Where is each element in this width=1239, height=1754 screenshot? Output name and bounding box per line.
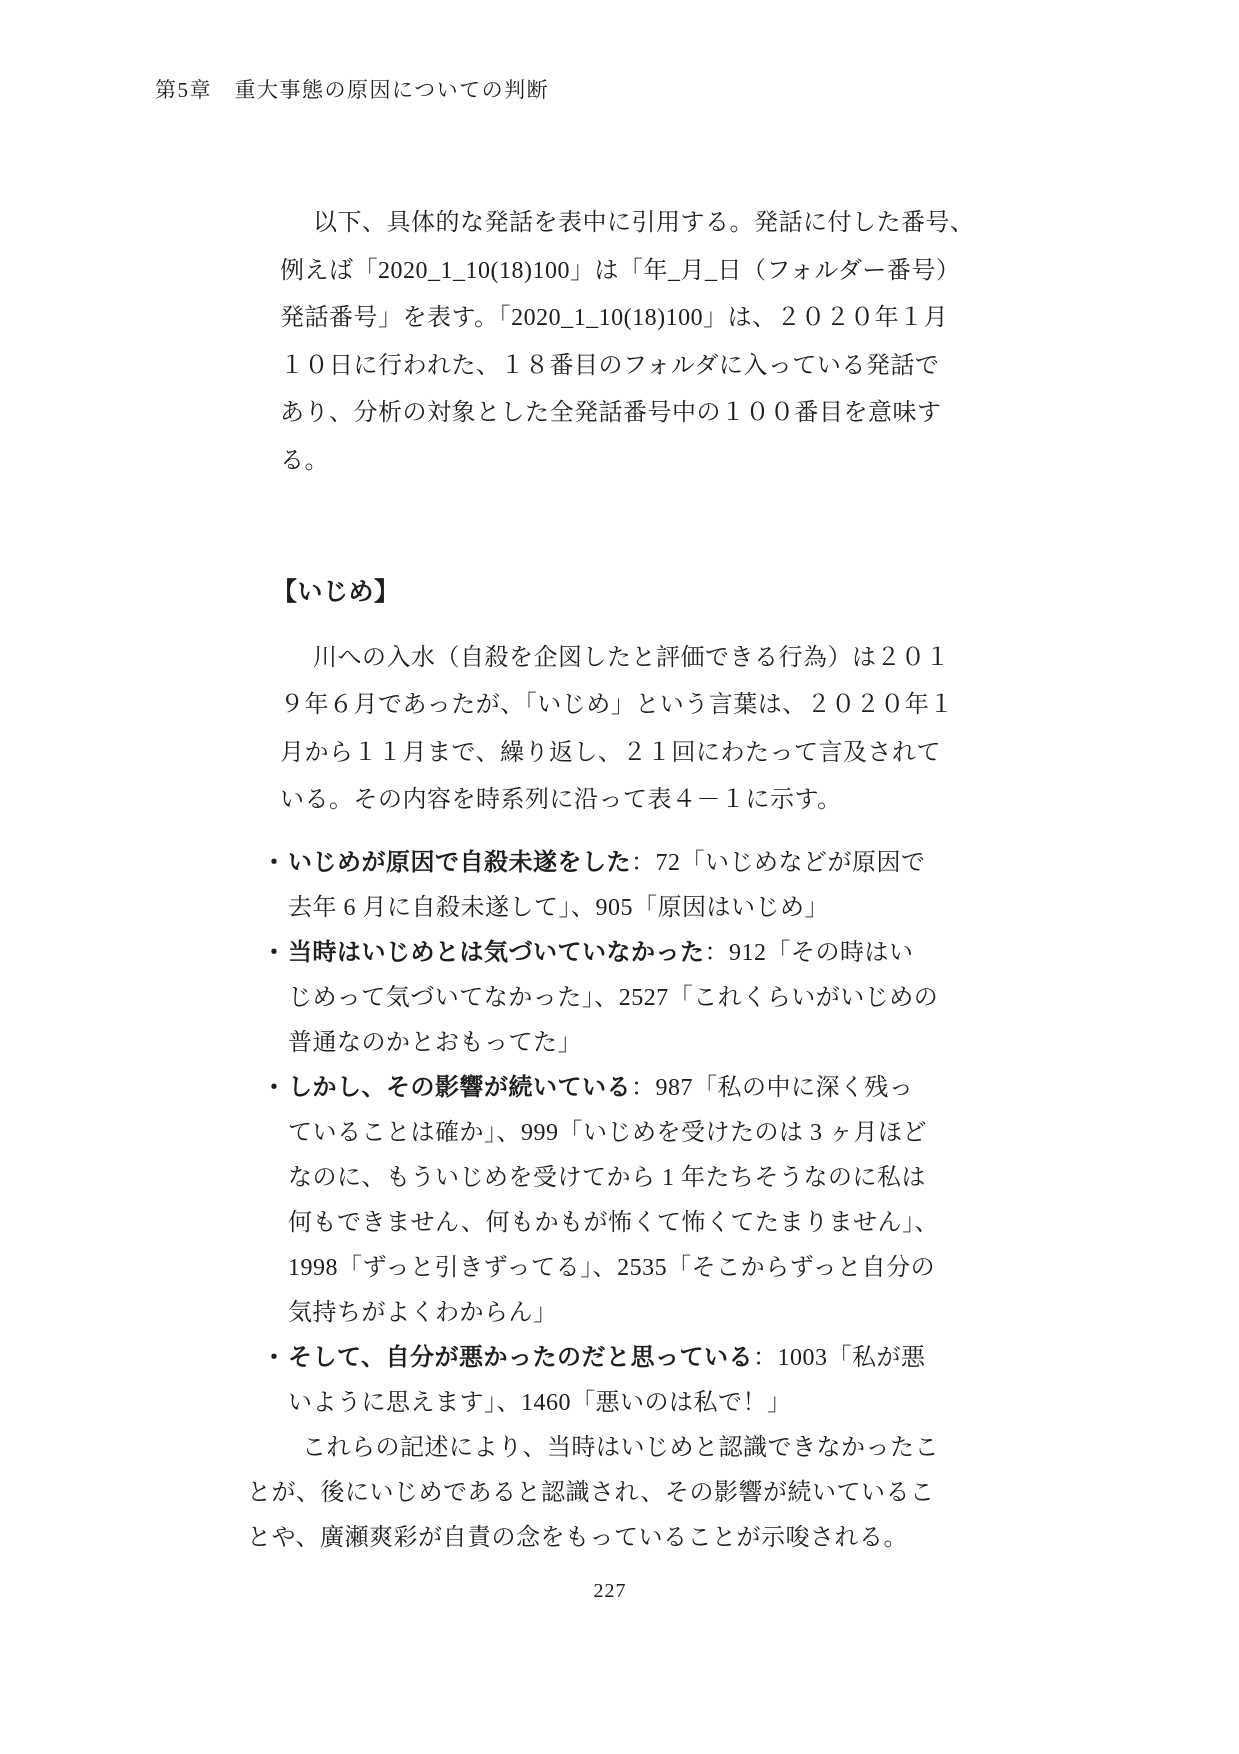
text-line: ていることは確か」、999「いじめを受けたのは 3 ヶ月ほど [288, 1111, 940, 1156]
text-line: １０日に行われた、１８番目のフォルダに入っている発話で [280, 343, 940, 391]
text-line: とが、後にいじめであると認識され、その影響が続いているこ [247, 1471, 940, 1516]
bullet-item: ・いじめが原因で自殺未遂をした：72「いじめなどが原因で去年 6 月に自殺未遂し… [280, 841, 940, 931]
body-text: 発話番号」を表す。「2020_1_10(18)100」は、２０２０年１月 [280, 305, 948, 331]
body-text: なのに、もういじめを受けてから 1 年たちそうなのに私は [288, 1165, 926, 1191]
body-text: 川への入水（自殺を企図したと評価できる行為）は２０１ [313, 645, 950, 671]
body-text: 例えば「2020_1_10(18)100」は「年_月_日（フォルダー番号） [280, 258, 960, 284]
bullet-marker-icon: ・ [262, 841, 287, 886]
body-text: ：1003「私が悪 [753, 1345, 926, 1371]
text-line: ・しかし、その影響が続いている：987「私の中に深く残っ [288, 1066, 940, 1111]
body-text: 去年 6 月に自殺未遂して」、905「原因はいじめ」 [288, 895, 829, 921]
body-text: いように思えます」、1460「悪いのは私で！」 [288, 1390, 792, 1416]
body-text: あり、分析の対象とした全発話番号中の１００番目を意味す [280, 400, 942, 426]
body-text: ：987「私の中に深く残っ [631, 1075, 914, 1101]
emphasis-text: いじめが原因で自殺未遂をした [288, 850, 631, 876]
text-line: る。 [280, 438, 940, 486]
body-text: 気持ちがよくわからん」 [288, 1300, 558, 1326]
bullet-marker-icon: ・ [262, 1066, 287, 1111]
body-text: とや、廣瀬爽彩が自責の念をもっていることが示唆される。 [247, 1525, 908, 1551]
paragraph: 川への入水（自殺を企図したと評価できる行為）は２０１９年６月であったが、「いじめ… [280, 635, 940, 825]
text-line: ・いじめが原因で自殺未遂をした：72「いじめなどが原因で [288, 841, 940, 886]
text-line: 月から１１月まで、繰り返し、２１回にわたって言及されて [280, 730, 940, 778]
document-content: 以下、具体的な発話を表中に引用する。発話に付した番号、例えば「2020_1_10… [280, 200, 940, 1561]
text-line: 【いじめ】 [272, 569, 940, 617]
body-text: ：72「いじめなどが原因で [631, 850, 926, 876]
page-number: 227 [280, 1580, 940, 1603]
body-text: る。 [280, 448, 329, 474]
emphasis-text: そして、自分が悪かったのだと思っている [288, 1345, 753, 1371]
bullet-item: ・そして、自分が悪かったのだと思っている：1003「私が悪いように思えます」、1… [280, 1336, 940, 1426]
running-header: 第5章 重大事態の原因についての判断 [155, 74, 549, 104]
text-line: 何もできません、何もかもが怖くて怖くてたまりません」、 [288, 1201, 940, 1246]
bullet-marker-icon: ・ [262, 931, 287, 976]
text-line: 以下、具体的な発話を表中に引用する。発話に付した番号、 [280, 200, 940, 248]
text-line: 川への入水（自殺を企図したと評価できる行為）は２０１ [280, 635, 940, 683]
text-line: 気持ちがよくわからん」 [288, 1291, 940, 1336]
bullet-marker-icon: ・ [262, 1336, 287, 1381]
body-text: 以下、具体的な発話を表中に引用する。発話に付した番号、 [313, 210, 975, 236]
body-text: 何もできません、何もかもが怖くて怖くてたまりません」、 [288, 1210, 939, 1236]
emphasis-text: 当時はいじめとは気づいていなかった [288, 940, 705, 966]
text-line: 発話番号」を表す。「2020_1_10(18)100」は、２０２０年１月 [280, 295, 940, 343]
paragraph: これらの記述により、当時はいじめと認識できなかったことが、後にいじめであると認識… [247, 1426, 940, 1561]
body-text: とが、後にいじめであると認識され、その影響が続いているこ [247, 1480, 934, 1506]
emphasis-text: しかし、その影響が続いている [288, 1075, 631, 1101]
body-text: １０日に行われた、１８番目のフォルダに入っている発話で [280, 353, 939, 379]
body-text: これらの記述により、当時はいじめと認識できなかったこ [302, 1435, 939, 1461]
bullet-item: ・しかし、その影響が続いている：987「私の中に深く残っていることは確か」、99… [280, 1066, 940, 1336]
text-line: ・当時はいじめとは気づいていなかった：912「その時はい [288, 931, 940, 976]
text-line: 例えば「2020_1_10(18)100」は「年_月_日（フォルダー番号） [280, 248, 940, 296]
text-line: 普通なのかとおもってた」 [288, 1021, 940, 1066]
text-line: これらの記述により、当時はいじめと認識できなかったこ [247, 1426, 940, 1471]
text-line: とや、廣瀬爽彩が自責の念をもっていることが示唆される。 [247, 1516, 940, 1561]
text-line: 去年 6 月に自殺未遂して」、905「原因はいじめ」 [288, 886, 940, 931]
text-line: ９年６月であったが、「いじめ」という言葉は、２０２０年１ [280, 682, 940, 730]
body-text: いる。その内容を時系列に沿って表４－１に示す。 [280, 787, 842, 813]
document-page: 第5章 重大事態の原因についての判断 以下、具体的な発話を表中に引用する。発話に… [0, 0, 1239, 1754]
body-text: ていることは確か」、999「いじめを受けたのは 3 ヶ月ほど [288, 1120, 927, 1146]
section-heading: 【いじめ】 [272, 569, 940, 617]
text-line: ・そして、自分が悪かったのだと思っている：1003「私が悪 [288, 1336, 940, 1381]
text-line: じめって気づいてなかった」、2527「これくらいがいじめの [288, 976, 940, 1021]
text-line: 1998「ずっと引きずってる」、2535「そこからずっと自分の [288, 1246, 940, 1291]
body-text: ９年６月であったが、「いじめ」という言葉は、２０２０年１ [280, 692, 954, 718]
body-text: じめって気づいてなかった」、2527「これくらいがいじめの [288, 985, 938, 1011]
text-line: いる。その内容を時系列に沿って表４－１に示す。 [280, 777, 940, 825]
emphasis-text: 【いじめ】 [272, 579, 400, 606]
text-line: あり、分析の対象とした全発話番号中の１００番目を意味す [280, 390, 940, 438]
body-text: ：912「その時はい [705, 940, 914, 966]
text-line: なのに、もういじめを受けてから 1 年たちそうなのに私は [288, 1156, 940, 1201]
paragraph: 以下、具体的な発話を表中に引用する。発話に付した番号、例えば「2020_1_10… [280, 200, 940, 485]
text-line: いように思えます」、1460「悪いのは私で！」 [288, 1381, 940, 1426]
body-text: 普通なのかとおもってた」 [288, 1030, 582, 1056]
bullet-item: ・当時はいじめとは気づいていなかった：912「その時はいじめって気づいてなかった… [280, 931, 940, 1066]
body-text: 月から１１月まで、繰り返し、２１回にわたって言及されて [280, 740, 941, 766]
body-text: 1998「ずっと引きずってる」、2535「そこからずっと自分の [288, 1255, 935, 1281]
